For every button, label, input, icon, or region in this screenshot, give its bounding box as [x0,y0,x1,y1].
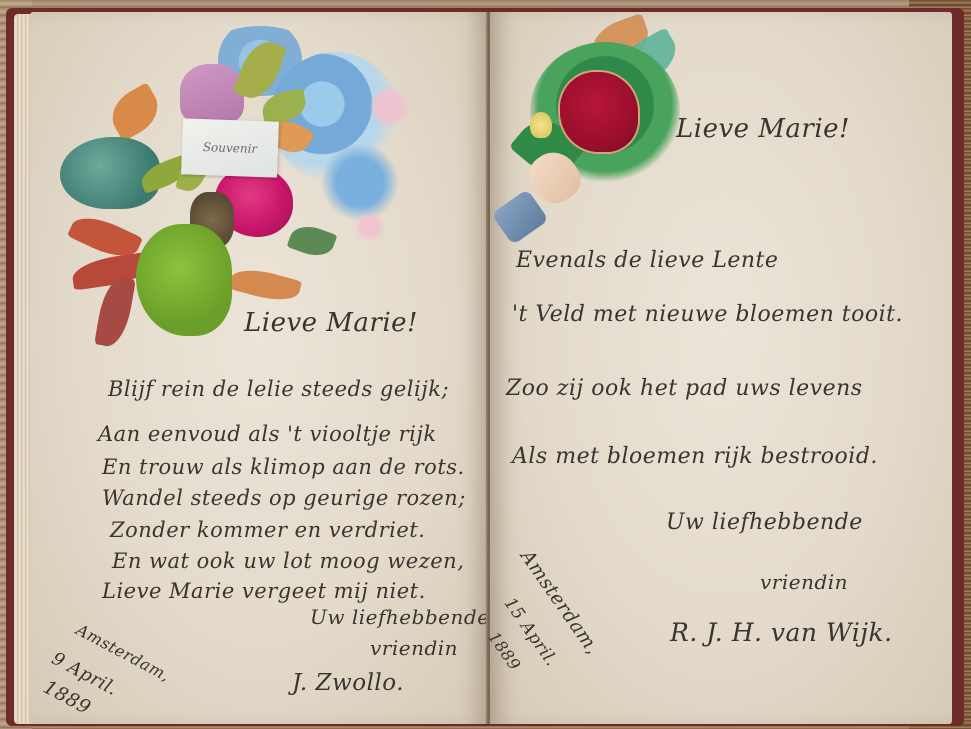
poem-line: Als met bloemen rijk bestrooid. [512,444,878,469]
right-page: Lieve Marie! Evenals de lieve Lente 't V… [490,12,952,724]
poem-line: Evenals de lieve Lente [516,248,778,273]
right-year: 1889 [484,628,524,674]
poem-line: Zonder kommer en verdriet. [110,518,425,542]
poem-line: Aan eenvoud als 't viooltje rijk [98,422,437,446]
poem-line: Zoo zij ook het pad uws levens [506,376,863,401]
right-closing: Uw liefhebbende [666,510,863,535]
poem-line: 't Veld met nieuwe bloemen tooit. [512,302,903,327]
left-closing: Uw liefhebbende [310,605,490,629]
poem-line: Lieve Marie vergeet mij niet. [102,579,426,603]
right-closing-vriendin: vriendin [760,570,848,594]
poem-line: En trouw als klimop aan de rots. [102,455,465,479]
poem-line: Wandel steeds op geurige rozen; [102,486,466,510]
poem-line: Blijf rein de lelie steeds gelijk; [108,377,449,401]
left-closing-vriendin: vriendin [370,636,458,660]
right-signature: R. J. H. van Wijk. [670,618,893,647]
left-signature: J. Zwollo. [292,670,404,696]
right-greeting: Lieve Marie! [676,114,850,144]
left-page: Souvenir Lieve Marie! Blijf rein de leli… [30,12,488,724]
poem-line: En wat ook uw lot moog wezen, [112,549,464,573]
souvenir-label: Souvenir [203,140,258,156]
left-greeting: Lieve Marie! [244,308,418,338]
souvenir-label-card: Souvenir [181,118,279,177]
